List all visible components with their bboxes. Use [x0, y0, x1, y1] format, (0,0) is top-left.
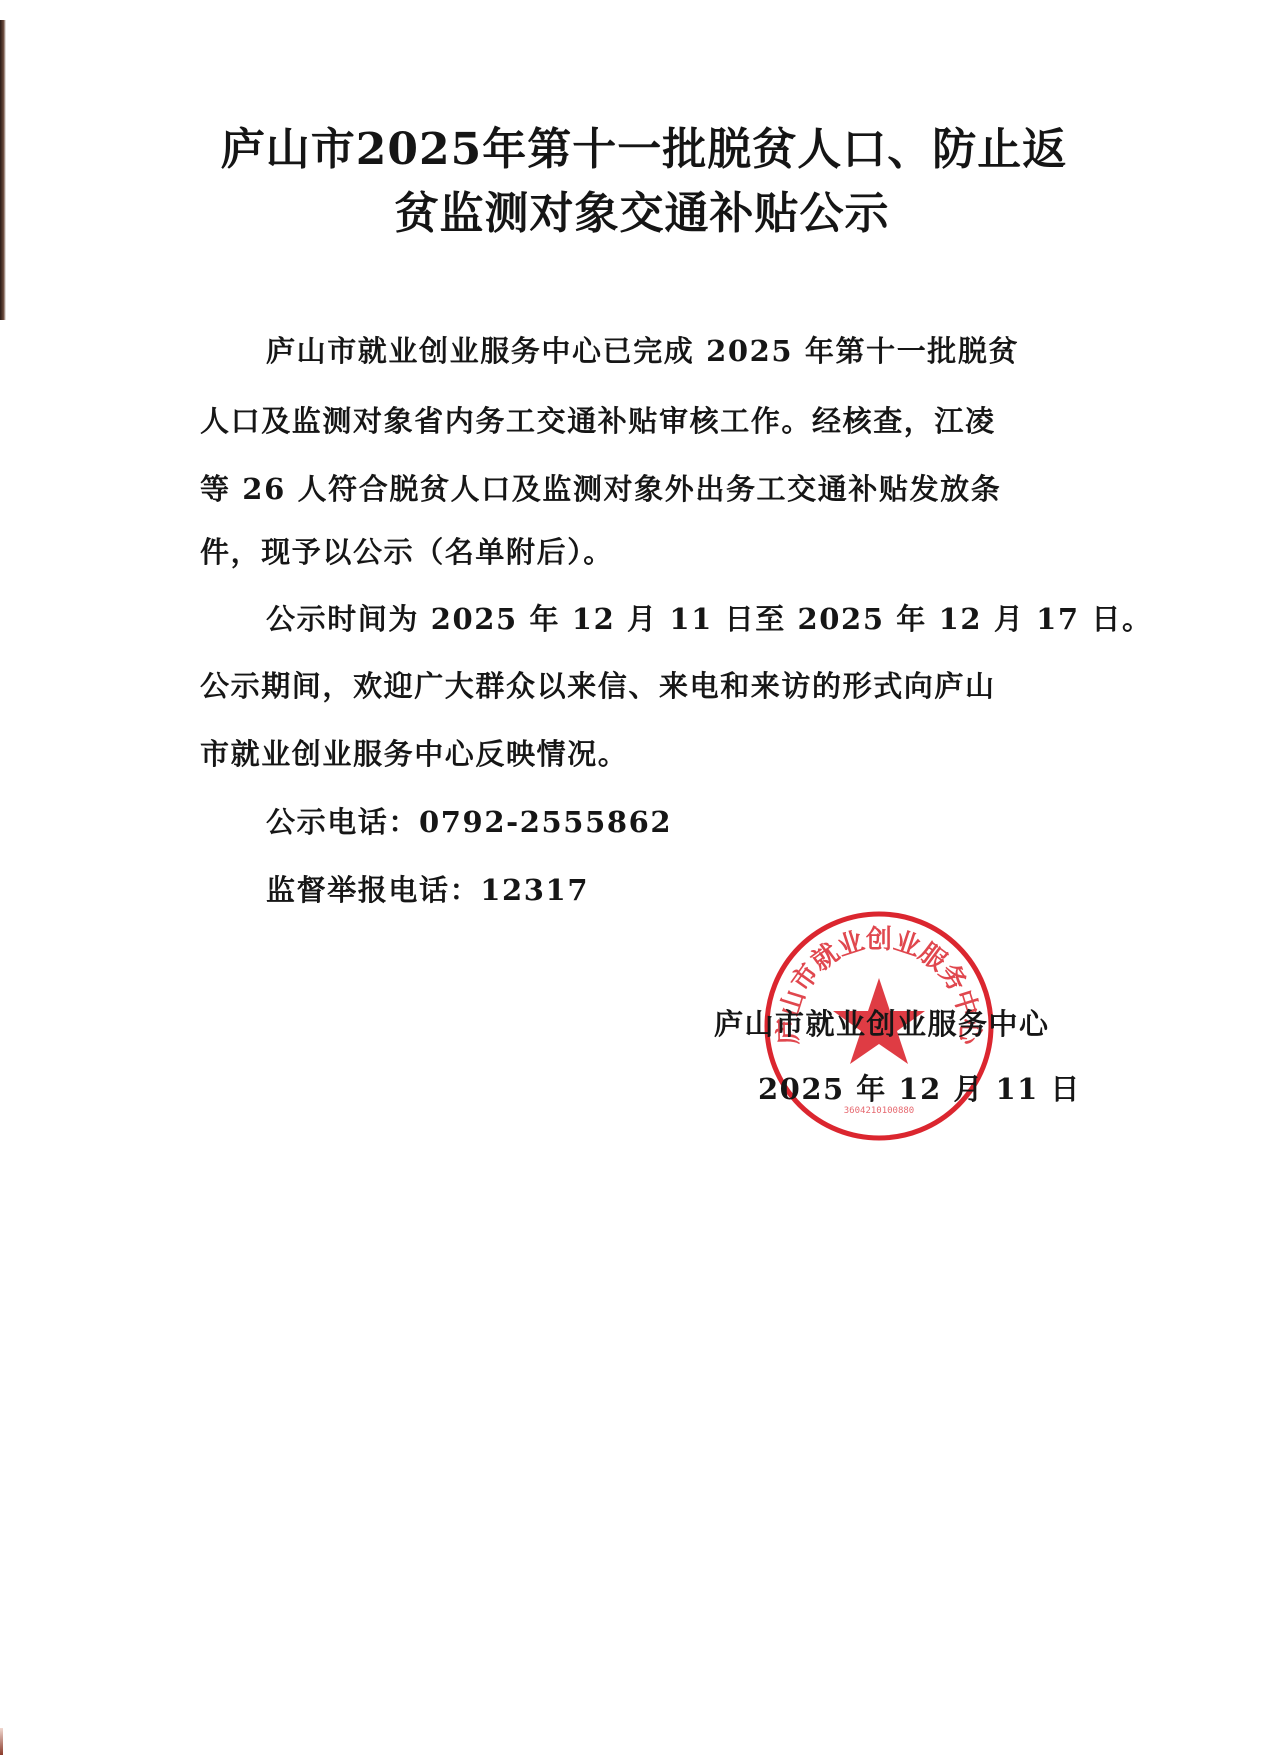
document-title-line-2: 贫监测对象交通补贴公示 [2, 192, 1280, 236]
paragraph-2-line-2: 公示期间，欢迎广大群众以来信、来电和来访的形式向庐山 [200, 672, 996, 701]
contact-phone: 公示电话：0792-2555862 [266, 808, 672, 837]
document-title-line-1: 庐山市2025年第十一批脱贫人口、防止返 [4, 128, 1280, 172]
paragraph-2-line-3: 市就业创业服务中心反映情况。 [200, 740, 628, 769]
signature-organization: 庐山市就业创业服务中心 [714, 1010, 1050, 1039]
svg-text:3604210100880: 3604210100880 [844, 1106, 914, 1116]
paragraph-1-line-3: 等 26 人符合脱贫人口及监测对象外出务工交通补贴发放条 [200, 475, 1001, 504]
paragraph-2-line-1: 公示时间为 2025 年 12 月 11 日至 2025 年 12 月 17 日… [266, 605, 1153, 634]
report-phone: 监督举报电话：12317 [266, 876, 589, 905]
page-edge-shadow-bottom [0, 1728, 3, 1755]
paragraph-1-line-1: 庐山市就业创业服务中心已完成 2025 年第十一批脱贫 [266, 337, 1019, 366]
signature-date: 2025 年 12 月 11 日 [758, 1075, 1081, 1104]
paragraph-1-line-2: 人口及监测对象省内务工交通补贴审核工作。经核查，江凌 [200, 407, 996, 436]
paragraph-1-line-4: 件，现予以公示（名单附后）。 [200, 538, 614, 567]
